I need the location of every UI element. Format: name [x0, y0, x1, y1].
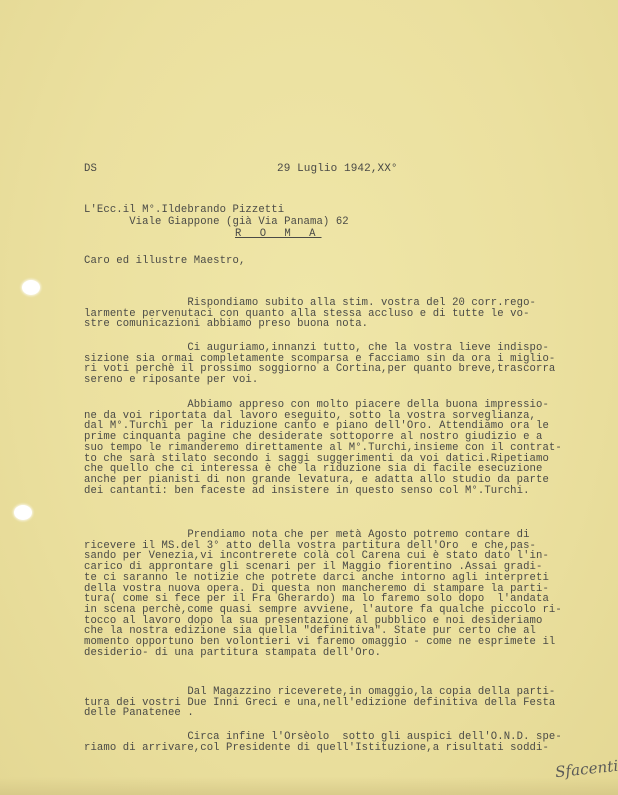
- recipient-street: Viale Giappone (già Via Panama) 62: [84, 216, 349, 228]
- paragraph-5: Dal Magazzino riceverete,in omaggio,la c…: [84, 687, 604, 719]
- text-line: riamo di arrivare,col Presidente di quel…: [84, 743, 604, 754]
- letter-page: DS 29 Luglio 1942,XX° L'Ecc.il M°.Ildebr…: [0, 0, 618, 795]
- letter-date: 29 Luglio 1942,XX°: [277, 163, 398, 175]
- salutation: Caro ed illustre Maestro,: [84, 255, 245, 267]
- paragraph-4: Prendiamo nota che per metà Agosto potre…: [84, 530, 604, 658]
- text-line: sereno e riposante per voi.: [84, 375, 604, 386]
- recipient-name: L'Ecc.il M°.Ildebrando Pizzetti: [84, 204, 284, 216]
- text-line: suo tempo le rimanderemo direttamente al…: [84, 443, 604, 454]
- punch-hole-top: [22, 280, 40, 295]
- paper-edge-shadow: [0, 777, 618, 795]
- paragraph-1: Rispondiamo subito alla stim. vostra del…: [84, 298, 604, 330]
- recipient-city: R O M A: [235, 228, 322, 240]
- recipient-address: L'Ecc.il M°.Ildebrando Pizzetti Viale Gi…: [84, 205, 349, 228]
- text-line: stre comunicazioni abbiamo preso buona n…: [84, 319, 604, 330]
- reference-code: DS: [84, 163, 97, 175]
- text-line: te ci saranno le notizie che potrete dar…: [84, 573, 604, 584]
- paragraph-3: Abbiamo appreso con molto piacere della …: [84, 400, 604, 496]
- text-line: dei cantanti: ben faceste ad insistere i…: [84, 486, 604, 497]
- paragraph-6: Circa infine l'Orsèolo sotto gli auspici…: [84, 732, 604, 753]
- paragraph-2: Ci auguriamo,innanzi tutto, che la vostr…: [84, 343, 604, 386]
- punch-hole-bottom: [14, 505, 32, 520]
- text-line: delle Panatenee .: [84, 708, 604, 719]
- text-line: desiderio- di una partitura stampata del…: [84, 648, 604, 659]
